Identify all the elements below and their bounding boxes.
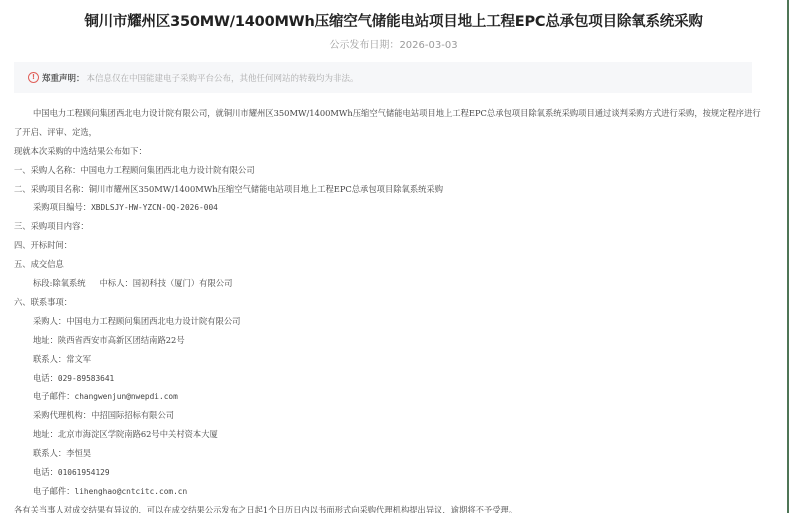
purchaser-phone-line: 电话：029-89583641 (14, 369, 764, 388)
section-project-name: 二、采购项目名称：铜川市耀州区350MW/1400MWh压缩空气储能电站项目地上… (14, 180, 764, 199)
publish-date-label: 公示发布日期： (329, 40, 399, 51)
section1-label: 一、采购人名称： (14, 165, 80, 175)
publish-date-value: 2026-03-03 (399, 40, 457, 51)
section-contacts: 六、联系事项： (14, 293, 764, 312)
announce-line: 现就本次采购的中选结果公布如下： (14, 142, 764, 161)
purchaser-phone-value: 029-89583641 (58, 374, 114, 383)
purchaser-label: 采购人： (33, 316, 66, 326)
agency-phone-line: 电话：01061954129 (14, 463, 764, 482)
objection-notice: 各有关当事人对成交结果有异议的，可以在成交结果公示发布之日起1个日历日内以书面形… (14, 501, 764, 513)
agency-email-label: 电子邮件： (33, 486, 75, 496)
disclaimer-notice: ! 郑重声明： 本信息仅在中国能建电子采购平台公布，其他任何网站的转载均为非法。 (14, 62, 752, 93)
section-deal-info: 五、成交信息 (14, 255, 764, 274)
agency-value: 中招国际招标有限公司 (91, 410, 174, 420)
section2-value: 铜川市耀州区350MW/1400MWh压缩空气储能电站项目地上工程EPC总承包项… (89, 184, 443, 194)
purchaser-contact-label: 联系人： (33, 354, 66, 364)
agency-email-line: 电子邮件：lihenghao@cntcitc.com.cn (14, 482, 764, 501)
deal-info-line: 标段:除氧系统中标人：国初科技（厦门）有限公司 (14, 274, 764, 293)
intro-paragraph: 中国电力工程顾问集团西北电力设计院有限公司，就铜川市耀州区350MW/1400M… (14, 104, 764, 142)
purchaser-email-line: 电子邮件：changwenjun@nwepdi.com (14, 387, 764, 406)
agency-phone-value: 01061954129 (58, 468, 110, 477)
purchaser-line: 采购人：中国电力工程顾问集团西北电力设计院有限公司 (14, 312, 764, 331)
purchaser-address-label: 地址： (33, 335, 58, 345)
agency-contact-label: 联系人： (33, 448, 66, 458)
agency-phone-label: 电话： (33, 467, 58, 477)
agency-address-value: 北京市海淀区学院南路62号中关村资本大厦 (58, 429, 218, 439)
lot-label: 标段: (33, 278, 52, 288)
agency-address-label: 地址： (33, 429, 58, 439)
agency-label: 采购代理机构： (33, 410, 91, 420)
purchaser-address-line: 地址：陕西省西安市高新区团结南路22号 (14, 331, 764, 350)
purchaser-contact-value: 常文军 (66, 354, 91, 364)
project-number-label: 采购项目编号： (33, 202, 91, 212)
section1-value: 中国电力工程顾问集团西北电力设计院有限公司 (80, 165, 254, 175)
announcement-body: 中国电力工程顾问集团西北电力设计院有限公司，就铜川市耀州区350MW/1400M… (14, 104, 764, 513)
section-project-content: 三、采购项目内容： (14, 217, 764, 236)
info-circle-icon: ! (28, 72, 39, 83)
section-bid-opening-time: 四、开标时间： (14, 236, 764, 255)
purchaser-email-value: changwenjun@nwepdi.com (75, 392, 178, 401)
winner-value: 国初科技（厦门）有限公司 (133, 278, 233, 288)
agency-email-value: lihenghao@cntcitc.com.cn (75, 487, 188, 496)
purchaser-email-label: 电子邮件： (33, 391, 75, 401)
winner-label: 中标人： (100, 278, 133, 288)
agency-contact-line: 联系人：李恒昊 (14, 444, 764, 463)
purchaser-address-value: 陕西省西安市高新区团结南路22号 (58, 335, 185, 345)
section2-label: 二、采购项目名称： (14, 184, 89, 194)
purchaser-contact-line: 联系人：常文军 (14, 350, 764, 369)
lot-value: 除氧系统 (52, 278, 85, 288)
publish-date: 公示发布日期：2026-03-03 (0, 36, 787, 51)
agency-line: 采购代理机构：中招国际招标有限公司 (14, 406, 764, 425)
agency-contact-value: 李恒昊 (66, 448, 91, 458)
project-number-line: 采购项目编号：XBDLSJY-HW-YZCN-OQ-2026-004 (14, 198, 764, 217)
disclaimer-text: 本信息仅在中国能建电子采购平台公布，其他任何网站的转载均为非法。 (87, 72, 359, 84)
page-title: 铜川市耀州区350MW/1400MWh压缩空气储能电站项目地上工程EPC总承包项… (0, 10, 787, 31)
project-number-value: XBDLSJY-HW-YZCN-OQ-2026-004 (91, 203, 218, 212)
agency-address-line: 地址：北京市海淀区学院南路62号中关村资本大厦 (14, 425, 764, 444)
purchaser-phone-label: 电话： (33, 373, 58, 383)
disclaimer-label: 郑重声明： (42, 72, 85, 84)
purchaser-value: 中国电力工程顾问集团西北电力设计院有限公司 (66, 316, 240, 326)
announcement-page: 铜川市耀州区350MW/1400MWh压缩空气储能电站项目地上工程EPC总承包项… (0, 0, 787, 513)
section-purchaser-name: 一、采购人名称：中国电力工程顾问集团西北电力设计院有限公司 (14, 161, 764, 180)
